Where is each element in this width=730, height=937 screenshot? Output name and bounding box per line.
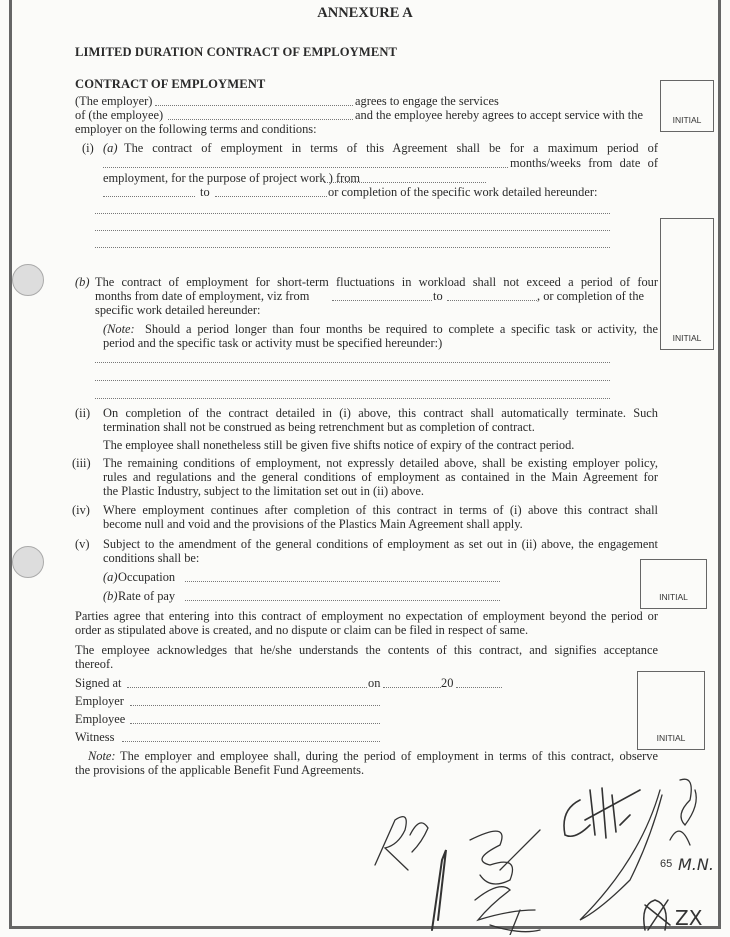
clause-i-a-line2: months/weeks from date of	[510, 156, 658, 170]
employee-suffix: and the employee hereby agrees to accept…	[355, 108, 643, 122]
clause-i-a-line3: employment, for the purpose of project w…	[103, 171, 360, 185]
witness-sign-label: Witness	[75, 730, 114, 744]
initial-box[interactable]: INITIAL	[637, 671, 705, 750]
clause-i-a-to: to	[200, 185, 210, 199]
occupation-label: Occupation	[118, 570, 175, 584]
clause-i-b-line3: specific work detailed hereunder:	[95, 303, 260, 317]
final-note-line2: the provisions of the applicable Benefit…	[75, 763, 364, 777]
note-b-label: (Note:	[103, 322, 135, 336]
to-date-field[interactable]	[215, 196, 327, 197]
employer-sign-label: Employer	[75, 694, 124, 708]
punch-hole	[12, 546, 44, 578]
clause-i-b-letter: (b)	[75, 275, 89, 289]
initial-box-label: INITIAL	[661, 333, 713, 343]
rate-of-pay-field[interactable]	[185, 600, 500, 601]
initial-box[interactable]: INITIAL	[660, 80, 714, 132]
heading-limited-duration: LIMITED DURATION CONTRACT OF EMPLOYMENT	[75, 45, 397, 59]
initial-box-label: INITIAL	[661, 115, 713, 125]
signed-at-label: Signed at	[75, 676, 121, 690]
note-label: (Note:	[103, 322, 135, 336]
occupation-letter: (a)	[103, 570, 117, 584]
clause-iv-line2: become null and void and the provisions …	[103, 517, 523, 531]
clause-i-b-line2a: months from date of employment, viz from	[95, 289, 309, 303]
initial-box[interactable]: INITIAL	[640, 559, 707, 609]
document-title: ANNEXURE A	[0, 6, 730, 20]
clause-i-a-line4: or completion of the specific work detai…	[328, 185, 597, 199]
note-label: Note:	[88, 749, 116, 763]
detail-line[interactable]	[95, 213, 610, 214]
clause-ii-line2: termination shall not be construed as be…	[103, 420, 535, 434]
employee-sign-label: Employee	[75, 712, 125, 726]
final-note-label: Note:	[88, 749, 116, 763]
initials-zx: ZX	[675, 906, 703, 930]
clause-letter: (b)	[103, 589, 117, 603]
initial-box-label: INITIAL	[641, 592, 706, 602]
signed-at-field[interactable]	[127, 687, 367, 688]
detail-line[interactable]	[95, 398, 610, 399]
clause-i-b-line2b: , or completion of the	[537, 289, 644, 303]
clause-iii-line2: rules and regulations and the general co…	[103, 470, 658, 484]
acknowledge-line2: thereof.	[75, 657, 113, 671]
detail-line[interactable]	[95, 230, 610, 231]
period-field[interactable]	[103, 167, 508, 168]
rate-letter: (b)	[103, 589, 117, 603]
page-number: 65	[660, 858, 672, 870]
clause-letter: (b)	[75, 275, 89, 289]
clause-iv-number: (iv)	[72, 503, 90, 517]
intro-line3: employer on the following terms and cond…	[75, 122, 317, 136]
rate-label: Rate of pay	[118, 589, 175, 603]
note-b-line1: Should a period longer than four months …	[145, 322, 658, 336]
employee-label: of (the employee)	[75, 108, 163, 122]
initials-mn: M.N.	[678, 855, 714, 874]
year-prefix: 20	[441, 676, 453, 690]
employee-field[interactable]	[168, 119, 353, 120]
clause-iii-line1: The remaining conditions of employment, …	[103, 456, 658, 470]
clause-i-a-letter: (a)	[103, 141, 117, 155]
employee-signature-field[interactable]	[130, 723, 380, 724]
employer-field[interactable]	[155, 105, 353, 106]
on-date-field[interactable]	[383, 687, 441, 688]
clause-letter: (a)	[103, 141, 117, 155]
clause-i-b-line1: The contract of employment for short-ter…	[95, 275, 658, 289]
clause-ii-line1: On completion of the contract detailed i…	[103, 406, 658, 420]
contract-page: ANNEXURE A LIMITED DURATION CONTRACT OF …	[0, 0, 730, 937]
clause-v-number: (v)	[75, 537, 89, 551]
page-border-left	[9, 0, 12, 928]
from-date-field-cont[interactable]	[103, 196, 195, 197]
detail-line[interactable]	[95, 362, 610, 363]
initial-box-label: INITIAL	[638, 733, 704, 743]
witness-signature-field[interactable]	[122, 741, 380, 742]
on-label: on	[368, 676, 380, 690]
note-b-line2: period and the specific task or activity…	[103, 336, 442, 350]
clause-iv-line1: Where employment continues after complet…	[103, 503, 658, 517]
employer-suffix: agrees to engage the services	[355, 94, 499, 108]
clause-i-number: (i)	[82, 141, 94, 155]
signature-rs	[375, 817, 408, 870]
parties-line1: Parties agree that entering into this co…	[75, 609, 658, 623]
clause-i-b-to: to	[433, 289, 443, 303]
clause-i-a-line1: The contract of employment in terms of t…	[124, 141, 658, 155]
heading-contract: CONTRACT OF EMPLOYMENT	[75, 77, 265, 91]
acknowledge-line1: The employee acknowledges that he/she un…	[75, 643, 658, 657]
from-date-field[interactable]	[324, 182, 486, 183]
year-field[interactable]	[456, 687, 502, 688]
clause-letter: (a)	[103, 570, 117, 584]
clause-v-line2: conditions shall be:	[103, 551, 199, 565]
occupation-field[interactable]	[185, 581, 500, 582]
punch-hole	[12, 264, 44, 296]
clause-ii-line3: The employee shall nonetheless still be …	[103, 438, 574, 452]
clause-ii-number: (ii)	[75, 406, 90, 420]
employer-label: (The employer)	[75, 94, 152, 108]
b-to-field[interactable]	[447, 300, 537, 301]
handwritten-signatures: 65 M.N. ZX	[350, 760, 720, 935]
clause-iii-line3: the Plastic Industry, subject to the lim…	[103, 484, 424, 498]
clause-iii-number: (iii)	[72, 456, 91, 470]
detail-line[interactable]	[95, 247, 610, 248]
parties-line2: order as stipulated above is created, an…	[75, 623, 528, 637]
detail-line[interactable]	[95, 380, 610, 381]
clause-v-line1: Subject to the amendment of the general …	[103, 537, 658, 551]
b-from-field[interactable]	[332, 300, 432, 301]
employer-signature-field[interactable]	[130, 705, 380, 706]
initial-box[interactable]: INITIAL	[660, 218, 714, 350]
